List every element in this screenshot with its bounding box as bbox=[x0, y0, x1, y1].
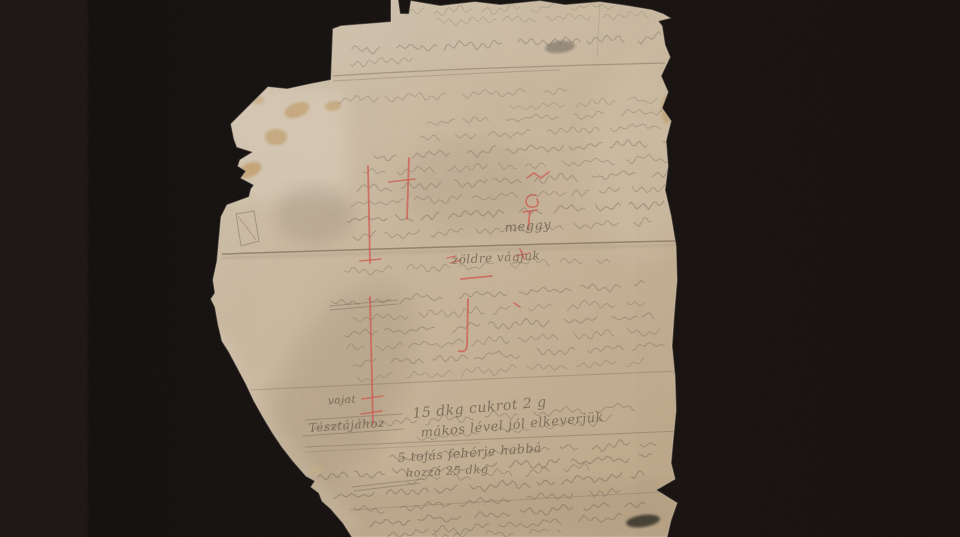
handwriting-fragment: vajat bbox=[328, 394, 357, 407]
stain-spot bbox=[309, 466, 323, 474]
stain-spot bbox=[265, 129, 287, 145]
paper-photo: 15 dkg cukrot 2 g mákos lével jól elkeve… bbox=[0, 0, 960, 537]
photo-frame: 15 dkg cukrot 2 g mákos lével jól elkeve… bbox=[0, 0, 960, 537]
